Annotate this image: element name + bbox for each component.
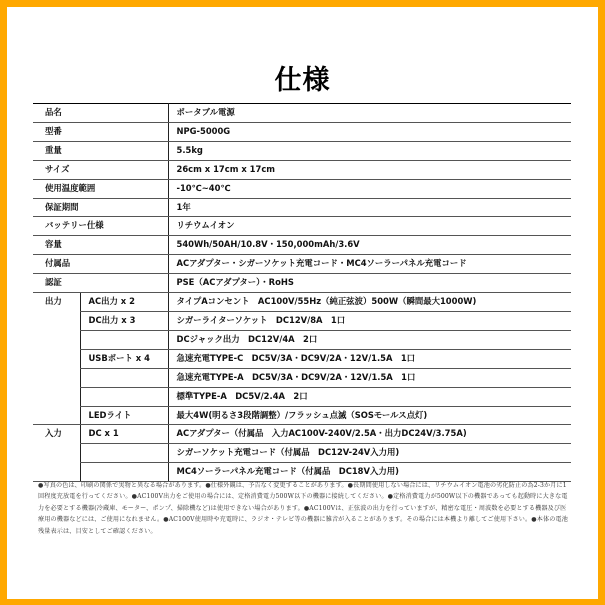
table-row-output: LEDライト 最大4W(明るさ3段階調整）/フラッシュ点滅（SOSモールス点灯) xyxy=(33,406,571,425)
output-value: DCジャック出力 DC12V/4A 2口 xyxy=(168,330,571,349)
output-value: 急速充電TYPE-C DC5V/3A・DC9V/2A・12V/1.5A 1口 xyxy=(168,349,571,368)
output-value: 最大4W(明るさ3段階調整）/フラッシュ点滅（SOSモールス点灯) xyxy=(168,406,571,425)
table-row: 保証期間1年 xyxy=(33,198,571,217)
output-sub-label: LEDライト xyxy=(80,406,168,425)
spec-value: PSE（ACアダプター）・RoHS xyxy=(168,274,571,293)
page-title: 仕様 xyxy=(0,58,605,97)
table-row-input: シガーソケット充電コード（付属品 DC12V-24V入力用) xyxy=(33,444,571,463)
spec-value: 5.5kg xyxy=(168,141,571,160)
spec-label: 使用温度範囲 xyxy=(33,179,168,198)
output-value: 標準TYPE-A DC5V/2.4A 2口 xyxy=(168,387,571,406)
spec-value: -10℃~40℃ xyxy=(168,179,571,198)
output-value: シガーライターソケット DC12V/8A 1口 xyxy=(168,311,571,330)
spec-label: 型番 xyxy=(33,122,168,141)
table-row-output: 急速充電TYPE-A DC5V/3A・DC9V/2A・12V/1.5A 1口 xyxy=(33,368,571,387)
table-row: バッテリー仕様リチウムイオン xyxy=(33,217,571,236)
input-sub-label xyxy=(80,463,168,482)
table-row: サイズ26cm x 17cm x 17cm xyxy=(33,160,571,179)
disclaimer-notes: ●写真の色は、印刷の関係で実物と異なる場合があります。●仕様外観は、予告なく変更… xyxy=(38,480,570,537)
table-row-output: DCジャック出力 DC12V/4A 2口 xyxy=(33,330,571,349)
output-value: タイプAコンセント AC100V/55Hz（純正弦波）500W（瞬間最大1000… xyxy=(168,293,571,312)
table-row-output: 標準TYPE-A DC5V/2.4A 2口 xyxy=(33,387,571,406)
table-row: 認証PSE（ACアダプター）・RoHS xyxy=(33,274,571,293)
input-sub-label xyxy=(80,444,168,463)
input-value: シガーソケット充電コード（付属品 DC12V-24V入力用) xyxy=(168,444,571,463)
output-sub-label xyxy=(80,368,168,387)
spec-label: 付属品 xyxy=(33,255,168,274)
table-row-output: DC出力 x 3 シガーライターソケット DC12V/8A 1口 xyxy=(33,311,571,330)
spec-value: ACアダプター・シガーソケット充電コード・MC4ソーラーパネル充電コード xyxy=(168,255,571,274)
spec-label: サイズ xyxy=(33,160,168,179)
spec-value: NPG-5000G xyxy=(168,122,571,141)
output-sub-label xyxy=(80,330,168,349)
output-sub-label: USBポート x 4 xyxy=(80,349,168,368)
input-value: ACアダプター（付属品 入力AC100V-240V/2.5A・出力DC24V/3… xyxy=(168,425,571,444)
spec-table: 品名ポータブル電源 型番NPG-5000G 重量5.5kg サイズ26cm x … xyxy=(33,103,571,482)
spec-value: ポータブル電源 xyxy=(168,104,571,123)
spec-label: バッテリー仕様 xyxy=(33,217,168,236)
table-row: 容量540Wh/50AH/10.8V・150,000mAh/3.6V xyxy=(33,236,571,255)
input-group-label: 入力 xyxy=(33,425,80,482)
table-row: 品名ポータブル電源 xyxy=(33,104,571,123)
spec-label: 保証期間 xyxy=(33,198,168,217)
spec-label: 認証 xyxy=(33,274,168,293)
spec-label: 容量 xyxy=(33,236,168,255)
output-sub-label: DC出力 x 3 xyxy=(80,311,168,330)
table-row-output: 出力 AC出力 x 2 タイプAコンセント AC100V/55Hz（純正弦波）5… xyxy=(33,293,571,312)
output-sub-label xyxy=(80,387,168,406)
table-row-input: 入力 DC x 1 ACアダプター（付属品 入力AC100V-240V/2.5A… xyxy=(33,425,571,444)
table-row: 付属品ACアダプター・シガーソケット充電コード・MC4ソーラーパネル充電コード xyxy=(33,255,571,274)
spec-value: リチウムイオン xyxy=(168,217,571,236)
output-group-label: 出力 xyxy=(33,293,80,425)
spec-label: 品名 xyxy=(33,104,168,123)
spec-value: 540Wh/50AH/10.8V・150,000mAh/3.6V xyxy=(168,236,571,255)
spec-value: 26cm x 17cm x 17cm xyxy=(168,160,571,179)
spec-label: 重量 xyxy=(33,141,168,160)
table-row: 重量5.5kg xyxy=(33,141,571,160)
table-row-output: USBポート x 4 急速充電TYPE-C DC5V/3A・DC9V/2A・12… xyxy=(33,349,571,368)
table-row-input: MC4ソーラーパネル充電コード（付属品 DC18V入力用) xyxy=(33,463,571,482)
spec-value: 1年 xyxy=(168,198,571,217)
input-sub-label: DC x 1 xyxy=(80,425,168,444)
output-sub-label: AC出力 x 2 xyxy=(80,293,168,312)
input-value: MC4ソーラーパネル充電コード（付属品 DC18V入力用) xyxy=(168,463,571,482)
table-row: 使用温度範囲-10℃~40℃ xyxy=(33,179,571,198)
output-value: 急速充電TYPE-A DC5V/3A・DC9V/2A・12V/1.5A 1口 xyxy=(168,368,571,387)
table-row: 型番NPG-5000G xyxy=(33,122,571,141)
